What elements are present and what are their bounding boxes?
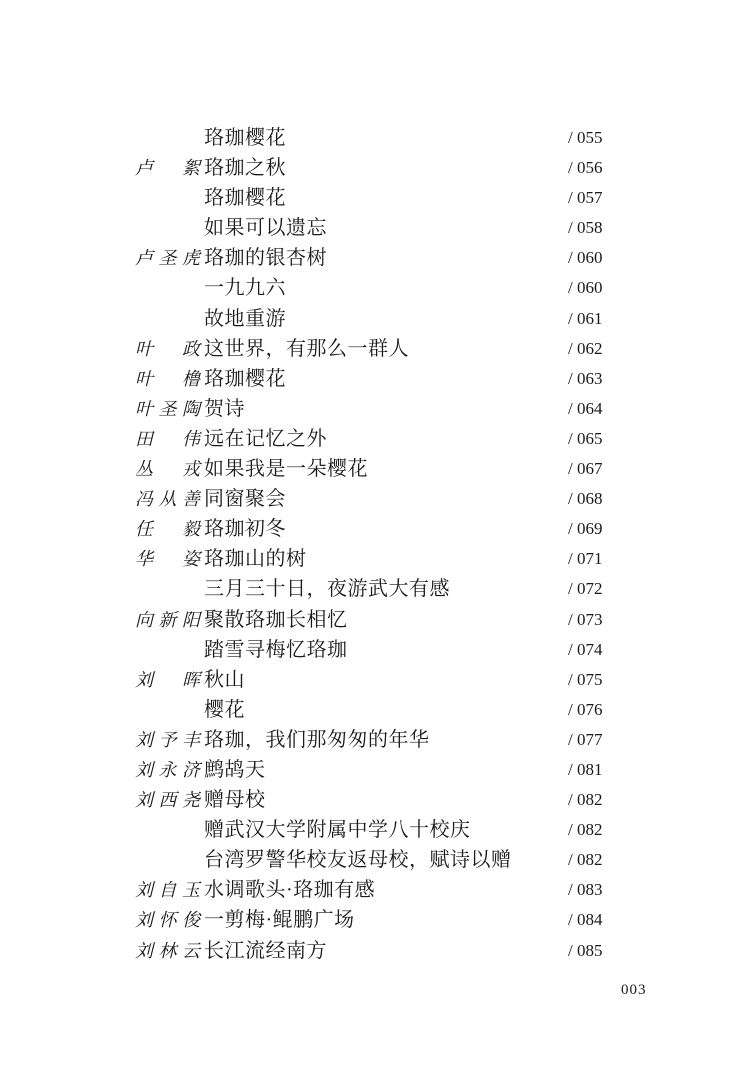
toc-row: 叶橹 珞珈樱花 / 063 [0,364,750,394]
page-number: / 075 [568,665,602,695]
entry-title: 如果我是一朵樱花 [204,454,368,484]
author-name: 任毅 [135,514,200,544]
entry-title: 赠武汉大学附属中学八十校庆 [204,815,471,845]
page-number: / 082 [568,785,602,815]
entry-title: 珞珈樱花 [204,123,286,153]
author-name: 华姿 [135,544,200,574]
toc-row: 丛戎 如果我是一朵樱花 / 067 [0,454,750,484]
page-number: / 056 [568,153,602,183]
toc-row: 叶政 这世界，有那么一群人 / 062 [0,334,750,364]
page-number: / 082 [568,815,602,845]
page-number: / 085 [568,936,602,966]
page-number: / 067 [568,454,602,484]
toc-row: 田伟 远在记忆之外 / 065 [0,424,750,454]
author-name: 刘自玉 [135,875,200,905]
entry-title: 赠母校 [204,785,266,815]
author-name: 刘晖 [135,665,200,695]
entry-title: 樱花 [204,695,245,725]
page-number: / 073 [568,605,602,635]
toc-row: 故地重游 / 061 [0,304,750,334]
entry-title: 聚散珞珈长相忆 [204,605,348,635]
entry-title: 如果可以遗忘 [204,213,327,243]
book-contents-page: 珞珈樱花 / 055 卢絮 珞珈之秋 / 056 珞珈樱花 / 057 如果可以… [0,0,750,1084]
author-name: 刘西尧 [135,785,200,815]
toc-row: 刘林云 长江流经南方 / 085 [0,936,750,966]
page-number: / 062 [568,334,602,364]
folio-page-number: 003 [621,982,647,999]
toc-row: 珞珈樱花 / 057 [0,183,750,213]
author-name: 刘林云 [135,936,200,966]
toc-row: 叶圣陶 贺诗 / 064 [0,394,750,424]
toc-row: 刘晖 秋山 / 075 [0,665,750,695]
entry-title: 故地重游 [204,304,286,334]
page-number: / 058 [568,213,602,243]
entry-title: 同窗聚会 [204,484,286,514]
entry-title: 珞珈，我们那匆匆的年华 [204,725,430,755]
toc-row: 樱花 / 076 [0,695,750,725]
author-name: 田伟 [135,424,200,454]
entry-title: 踏雪寻梅忆珞珈 [204,635,348,665]
page-number: / 081 [568,755,602,785]
toc-row: 任毅 珞珈初冬 / 069 [0,514,750,544]
page-number: / 076 [568,695,602,725]
author-name: 卢絮 [135,153,200,183]
entry-title: 台湾罗警华校友返母校，赋诗以赠 [204,845,512,875]
page-number: / 077 [568,725,602,755]
toc-row: 赠武汉大学附属中学八十校庆 / 082 [0,815,750,845]
entry-title: 秋山 [204,665,245,695]
entry-title: 水调歌头·珞珈有感 [204,875,375,905]
toc-row: 如果可以遗忘 / 058 [0,213,750,243]
page-number: / 060 [568,273,602,303]
entry-title: 珞珈之秋 [204,153,286,183]
page-number: / 084 [568,905,602,935]
author-name: 丛戎 [135,454,200,484]
toc-row: 华姿 珞珈山的树 / 071 [0,544,750,574]
author-name: 刘永济 [135,755,200,785]
toc-row: 向新阳 聚散珞珈长相忆 / 073 [0,605,750,635]
page-number: / 061 [568,304,602,334]
page-number: / 082 [568,845,602,875]
toc-row: 冯从善 同窗聚会 / 068 [0,484,750,514]
entry-title: 珞珈樱花 [204,183,286,213]
toc-row: 刘自玉 水调歌头·珞珈有感 / 083 [0,875,750,905]
toc-row: 刘西尧 赠母校 / 082 [0,785,750,815]
page-number: / 063 [568,364,602,394]
page-number: / 065 [568,424,602,454]
page-number: / 064 [568,394,602,424]
entry-title: 三月三十日，夜游武大有感 [204,574,450,604]
toc-row: 刘怀俊 一剪梅·鲲鹏广场 / 084 [0,905,750,935]
author-name: 叶圣陶 [135,394,200,424]
entry-title: 一剪梅·鲲鹏广场 [204,905,355,935]
toc-row: 刘永济 鹧鸪天 / 081 [0,755,750,785]
page-number: / 074 [568,635,602,665]
entry-title: 珞珈山的树 [204,544,307,574]
entry-title: 珞珈的银杏树 [204,243,327,273]
page-number: / 057 [568,183,602,213]
author-name: 刘怀俊 [135,905,200,935]
toc-row: 一九九六 / 060 [0,273,750,303]
page-number: / 072 [568,574,602,604]
toc-row: 踏雪寻梅忆珞珈 / 074 [0,635,750,665]
entry-title: 珞珈初冬 [204,514,286,544]
page-number: / 060 [568,243,602,273]
author-name: 刘予丰 [135,725,200,755]
entry-title: 长江流经南方 [204,936,327,966]
entry-title: 这世界，有那么一群人 [204,334,409,364]
toc-row: 卢絮 珞珈之秋 / 056 [0,153,750,183]
entry-title: 一九九六 [204,273,286,303]
toc-list: 珞珈樱花 / 055 卢絮 珞珈之秋 / 056 珞珈樱花 / 057 如果可以… [0,123,750,966]
page-number: / 083 [568,875,602,905]
toc-row: 卢圣虎 珞珈的银杏树 / 060 [0,243,750,273]
toc-row: 三月三十日，夜游武大有感 / 072 [0,574,750,604]
author-name: 卢圣虎 [135,243,200,273]
entry-title: 贺诗 [204,394,245,424]
author-name: 叶政 [135,334,200,364]
entry-title: 珞珈樱花 [204,364,286,394]
author-name: 向新阳 [135,605,200,635]
toc-row: 刘予丰 珞珈，我们那匆匆的年华 / 077 [0,725,750,755]
page-number: / 071 [568,544,602,574]
page-number: / 055 [568,123,602,153]
entry-title: 远在记忆之外 [204,424,327,454]
toc-row: 珞珈樱花 / 055 [0,123,750,153]
toc-row: 台湾罗警华校友返母校，赋诗以赠 / 082 [0,845,750,875]
page-number: / 069 [568,514,602,544]
page-number: / 068 [568,484,602,514]
author-name: 叶橹 [135,364,200,394]
author-name: 冯从善 [135,484,200,514]
entry-title: 鹧鸪天 [204,755,266,785]
